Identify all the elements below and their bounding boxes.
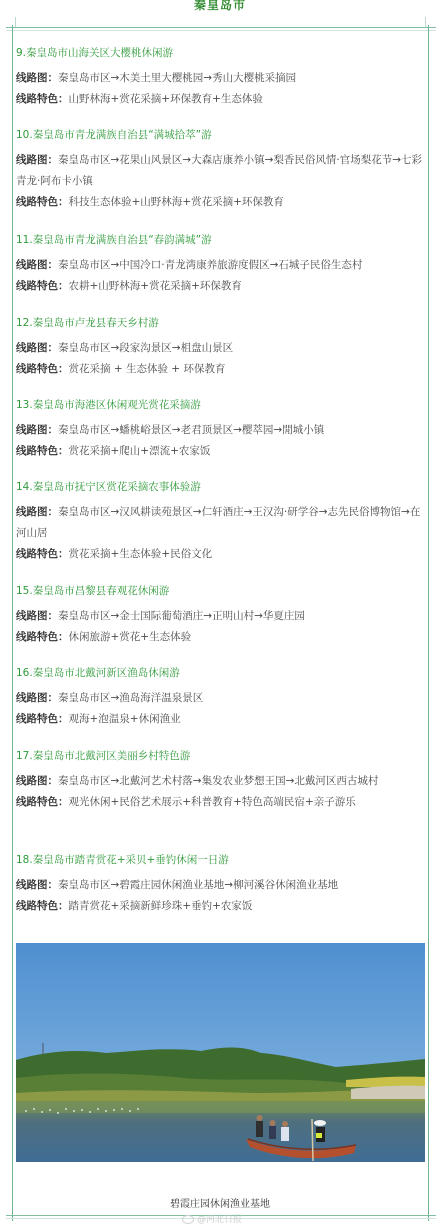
section-title: 12.秦皇岛市卢龙县春天乡村游 [16,316,426,338]
route-label: 线路图： [16,879,58,891]
watermark: @河北日报 [182,1212,242,1225]
route-text: 秦皇岛市区→花果山风景区→大森店康养小镇→梨香民俗风情·官场梨花节→七彩青龙·阿… [16,154,422,187]
route-row: 线路图：秦皇岛市区→段家沟景区→柤盘山景区 [16,338,426,359]
route-label: 线路图： [16,342,58,354]
feature-row: 线路特色：观海+泡温泉+休闲渔业 [16,709,426,730]
feature-label: 线路特色： [16,445,69,457]
feature-row: 线路特色：休闲旅游+赏花+生态体验 [16,627,426,648]
route-section-16: 16.秦皇岛市北戴河新区渔岛休闲游 线路图：秦皇岛市区→渔岛海洋温泉景区 线路特… [16,666,426,749]
route-section-11: 11.秦皇岛市青龙满族自治县“春韵满城”游 线路图：秦皇岛市区→中国冷口·青龙湾… [16,233,426,316]
route-row: 线路图：秦皇岛市区→蟠桃峪景区→老君顶景区→樱萃园→閒城小镇 [16,420,426,441]
route-section-9: 9.秦皇岛市山海关区大樱桃休闲游 线路图：秦皇岛市区→木美土里大樱桃园→秀山大樱… [16,46,426,128]
section-title: 14.秦皇岛市抚宁区赏花采摘农事体验游 [16,480,426,502]
feature-row: 线路特色：科技生态体验+山野林海+赏花采摘+环保教育 [16,192,426,213]
route-label: 线路图： [16,424,58,436]
feature-row: 线路特色：踏青赏花+采摘新鲜珍珠+垂钓+农家饭 [16,896,426,917]
route-section-12: 12.秦皇岛市卢龙县春天乡村游 线路图：秦皇岛市区→段家沟景区→柤盘山景区 线路… [16,316,426,398]
watermark-text: @河北日报 [197,1215,242,1225]
section-title: 13.秦皇岛市海港区休闲观光赏花采摘游 [16,398,426,420]
route-label: 线路图： [16,506,58,518]
feature-text: 休闲旅游+赏花+生态体验 [69,631,192,643]
feature-text: 赏花采摘+生态体验+民俗文化 [69,548,213,560]
feature-row: 线路特色：赏花采摘+生态体验+民俗文化 [16,544,426,565]
feature-label: 线路特色： [16,280,69,292]
route-row: 线路图：秦皇岛市区→汉风耕读苑景区→仁轩酒庄→王汉沟·研学谷→志先民俗博物馆→在… [16,502,426,544]
feature-label: 线路特色： [16,548,69,560]
route-row: 线路图：秦皇岛市区→木美土里大樱桃园→秀山大樱桃采摘园 [16,68,426,89]
route-row: 线路图：秦皇岛市区→北戴河艺术村落→集发农业梦想王国→北戴河区西古城村 [16,771,426,792]
feature-text: 科技生态体验+山野林海+赏花采摘+环保教育 [69,196,284,208]
section-title: 9.秦皇岛市山海关区大樱桃休闲游 [16,46,426,68]
section-title: 18.秦皇岛市踏青赏花+采贝+垂钓休闲一日游 [16,853,426,875]
route-text: 秦皇岛市区→中国冷口·青龙湾康养旅游度假区→石城子民俗生态村 [58,259,362,271]
route-text: 秦皇岛市区→金士国际葡萄酒庄→正明山村→华夏庄园 [58,610,305,622]
route-row: 线路图：秦皇岛市区→花果山风景区→大森店康养小镇→梨香民俗风情·官场梨花节→七彩… [16,150,426,192]
section-title: 11.秦皇岛市青龙满族自治县“春韵满城”游 [16,233,426,255]
route-section-13: 13.秦皇岛市海港区休闲观光赏花采摘游 线路图：秦皇岛市区→蟠桃峪景区→老君顶景… [16,398,426,480]
route-label: 线路图： [16,259,58,271]
route-label: 线路图： [16,154,58,166]
route-row: 线路图：秦皇岛市区→中国冷口·青龙湾康养旅游度假区→石城子民俗生态村 [16,255,426,276]
feature-text: 观海+泡温泉+休闲渔业 [69,713,181,725]
route-section-18: 18.秦皇岛市踏青赏花+采贝+垂钓休闲一日游 线路图：秦皇岛市区→碧霞庄园休闲渔… [16,853,426,935]
feature-row: 线路特色：观光休闲+民俗艺术展示+科普教育+特色高端民宿+亲子游乐 [16,792,426,813]
route-text: 秦皇岛市区→渔岛海洋温泉景区 [58,692,203,704]
section-title: 17.秦皇岛市北戴河区美丽乡村特色游 [16,749,426,771]
feature-label: 线路特色： [16,631,69,643]
frame-top-line [6,27,436,28]
route-row: 线路图：秦皇岛市区→渔岛海洋温泉景区 [16,688,426,709]
feature-text: 农耕+山野林海+赏花采摘+环保教育 [69,280,242,292]
route-section-17: 17.秦皇岛市北戴河区美丽乡村特色游 线路图：秦皇岛市区→北戴河艺术村落→集发农… [16,749,426,853]
frame-tick-tl [15,17,16,27]
feature-text: 踏青赏花+采摘新鲜珍珠+垂钓+农家饭 [69,900,253,912]
section-title: 15.秦皇岛市昌黎县春观花休闲游 [16,584,426,606]
route-list: 9.秦皇岛市山海关区大樱桃休闲游 线路图：秦皇岛市区→木美土里大樱桃园→秀山大樱… [16,46,426,935]
route-row: 线路图：秦皇岛市区→金士国际葡萄酒庄→正明山村→华夏庄园 [16,606,426,627]
route-text: 秦皇岛市区→北戴河艺术村落→集发农业梦想王国→北戴河区西古城村 [58,775,378,787]
frame-tick-tr [425,17,426,27]
route-label: 线路图： [16,775,58,787]
route-label: 线路图： [16,692,58,704]
route-section-15: 15.秦皇岛市昌黎县春观花休闲游 线路图：秦皇岛市区→金士国际葡萄酒庄→正明山村… [16,584,426,666]
frame-left-line [12,25,13,1221]
route-section-14: 14.秦皇岛市抚宁区赏花采摘农事体验游 线路图：秦皇岛市区→汉风耕读苑景区→仁轩… [16,480,426,584]
feature-row: 线路特色：赏花采摘+爬山+漂流+农家饭 [16,441,426,462]
route-section-10: 10.秦皇岛市青龙满族自治县“满城拾萃”游 线路图：秦皇岛市区→花果山风景区→大… [16,128,426,233]
feature-row: 线路特色：山野林海+赏花采摘+环保教育+生态体验 [16,89,426,110]
route-label: 线路图： [16,72,58,84]
feature-row: 线路特色：农耕+山野林海+赏花采摘+环保教育 [16,276,426,297]
frame-right-line [428,25,429,1221]
route-text: 秦皇岛市区→木美土里大樱桃园→秀山大樱桃采摘园 [58,72,296,84]
route-text: 秦皇岛市区→碧霞庄园休闲渔业基地→柳河溪谷休闲渔业基地 [58,879,338,891]
section-title: 10.秦皇岛市青龙满族自治县“满城拾萃”游 [16,128,426,150]
route-row: 线路图：秦皇岛市区→碧霞庄园休闲渔业基地→柳河溪谷休闲渔业基地 [16,875,426,896]
feature-text: 观光休闲+民俗艺术展示+科普教育+特色高端民宿+亲子游乐 [69,796,356,808]
frame-top-line-inner [6,30,436,31]
weibo-icon [182,1215,194,1224]
route-text: 秦皇岛市区→段家沟景区→柤盘山景区 [58,342,233,354]
page-title: 秦皇岛市 [0,0,440,13]
lake-boat-photo [16,943,425,1162]
feature-label: 线路特色： [16,363,69,375]
feature-label: 线路特色： [16,196,69,208]
feature-label: 线路特色： [16,713,69,725]
section-title: 16.秦皇岛市北戴河新区渔岛休闲游 [16,666,426,688]
feature-text: 山野林海+赏花采摘+环保教育+生态体验 [69,93,263,105]
feature-label: 线路特色： [16,93,69,105]
route-label: 线路图： [16,610,58,622]
feature-label: 线路特色： [16,900,69,912]
photo-caption: 碧霞庄园休闲渔业基地 [0,1195,440,1210]
feature-row: 线路特色：赏花采摘 + 生态体验 + 环保教育 [16,359,426,380]
feature-text: 赏花采摘+爬山+漂流+农家饭 [69,445,211,457]
route-text: 秦皇岛市区→汉风耕读苑景区→仁轩酒庄→王汉沟·研学谷→志先民俗博物馆→在河山居 [16,506,420,539]
feature-label: 线路特色： [16,796,69,808]
route-text: 秦皇岛市区→蟠桃峪景区→老君顶景区→樱萃园→閒城小镇 [58,424,324,436]
feature-text: 赏花采摘 + 生态体验 + 环保教育 [69,363,226,375]
